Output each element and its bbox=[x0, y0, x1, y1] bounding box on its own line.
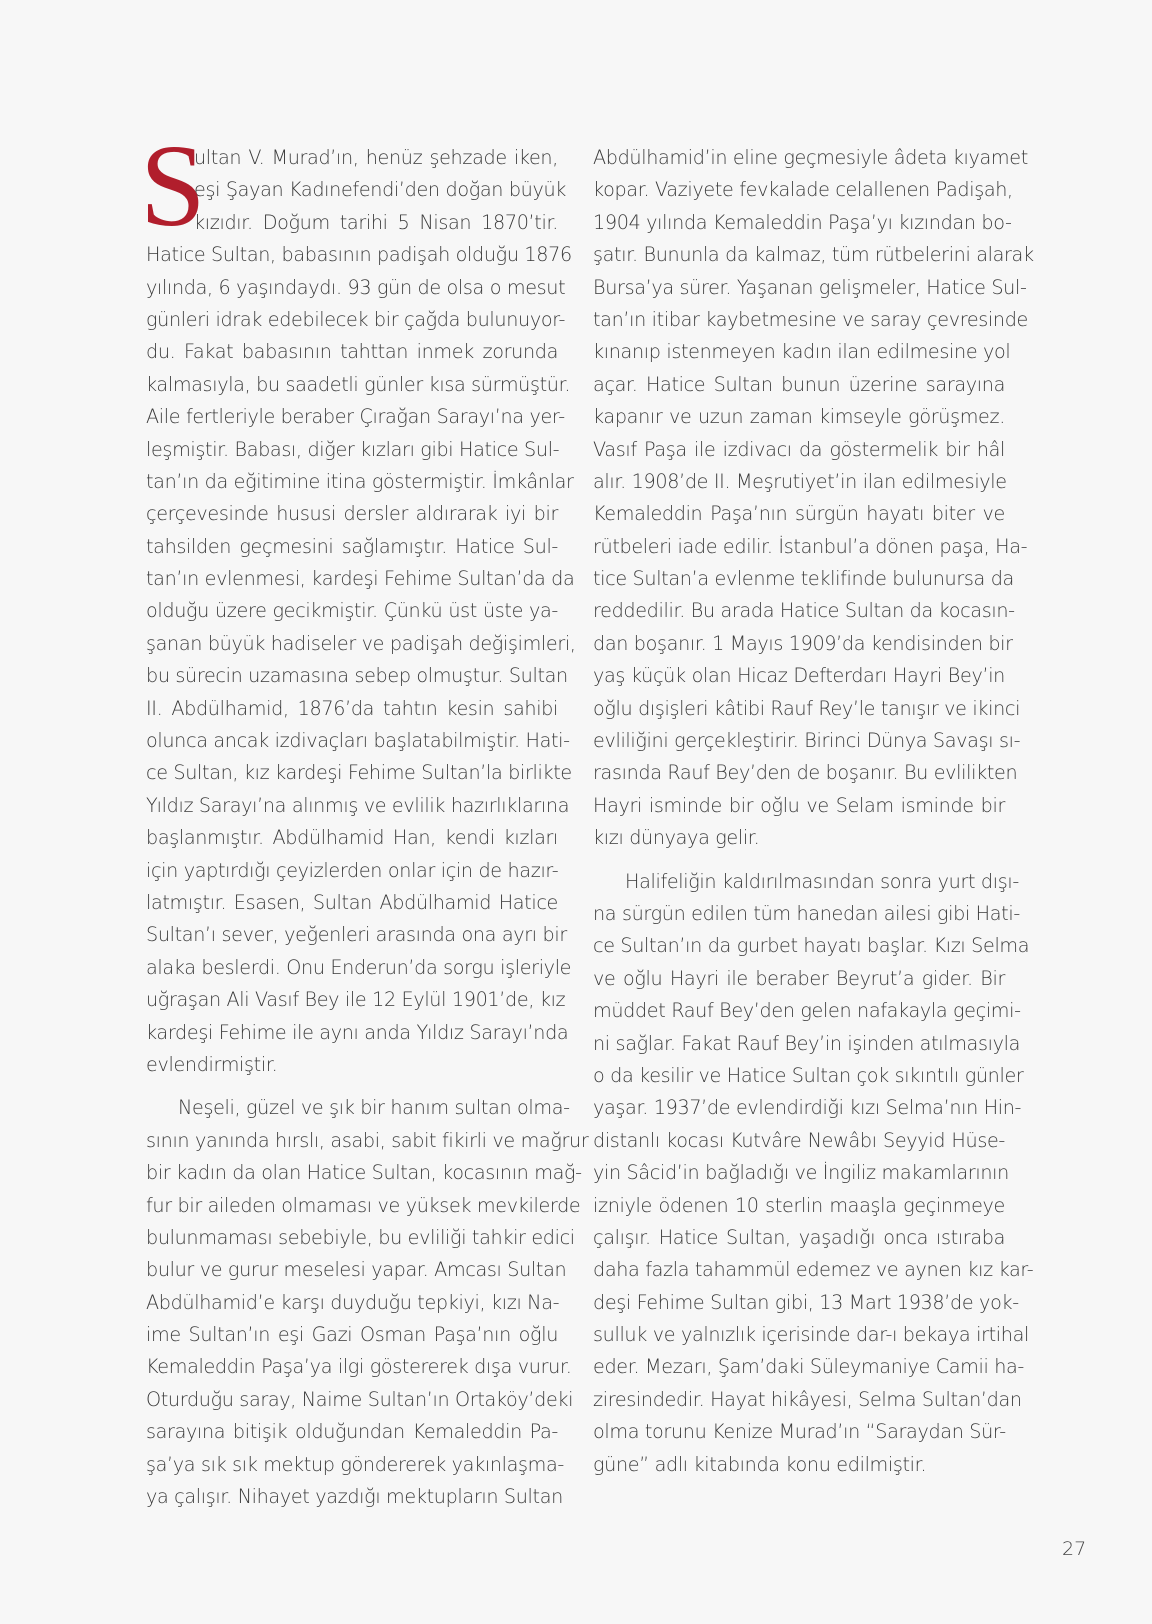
text-line: oğlu dışişleri kâtibi Rauf Rey’le tanışı… bbox=[593, 693, 1005, 725]
text-line: bir kadın da olan Hatice Sultan, kocasın… bbox=[146, 1157, 558, 1189]
paragraph-gap bbox=[593, 855, 1005, 866]
paragraph-4: Halifeliğin kaldırılmasından sonra yurt … bbox=[593, 866, 1005, 1481]
text-line: ziresindedir. Hayat hikâyesi, Selma Sult… bbox=[593, 1384, 1005, 1416]
paragraph-gap bbox=[146, 1081, 558, 1092]
text-line: başlanmıştır. Abdülhamid Han, kendi kızl… bbox=[146, 822, 558, 854]
text-line: du. Fakat babasının tahttan inmek zorund… bbox=[146, 336, 558, 368]
text-line: distanlı kocası Kutvâre Newâbı Seyyid Hü… bbox=[593, 1125, 1005, 1157]
text-line: deşi Fehime Sultan gibi, 13 Mart 1938’de… bbox=[593, 1287, 1005, 1319]
drop-cap-letter: S bbox=[140, 136, 205, 236]
text-line: alır. 1908’de II. Meşrutiyet’in ilan edi… bbox=[593, 466, 1005, 498]
text-line: eder. Mezarı, Şam’daki Süleymaniye Camii… bbox=[593, 1351, 1005, 1383]
page-number: 27 bbox=[1062, 1538, 1086, 1560]
text-line: Aile fertleriyle beraber Çırağan Sarayı’… bbox=[146, 401, 558, 433]
text-line: evlendirmiştir. bbox=[146, 1049, 558, 1081]
text-line: ni sağlar. Fakat Rauf Bey’in işinden atı… bbox=[593, 1028, 1005, 1060]
text-line: tan’ın itibar kaybetmesine ve saray çevr… bbox=[593, 304, 1005, 336]
text-line: Sultan’ı sever, yeğenleri arasında ona a… bbox=[146, 919, 558, 951]
text-line: günleri idrak edebilecek bir çağda bulun… bbox=[146, 304, 558, 336]
text-line: şa’ya sık sık mektup göndererek yakınlaş… bbox=[146, 1449, 558, 1481]
text-line: güne” adlı kitabında konu edilmiştir. bbox=[593, 1449, 1005, 1481]
text-line: Abdülhamid’in eline geçmesiyle âdeta kıy… bbox=[593, 142, 1005, 174]
text-line: reddedilir. Bu arada Hatice Sultan da ko… bbox=[593, 595, 1005, 627]
text-line: yılında, 6 yaşındaydı. 93 gün de olsa o … bbox=[146, 272, 558, 304]
text-line: ya çalışır. Nihayet yazdığı mektupların … bbox=[146, 1481, 558, 1513]
text-line: tice Sultan’a evlenme teklifinde bulunur… bbox=[593, 563, 1005, 595]
text-line: Hayri isminde bir oğlu ve Selam isminde … bbox=[593, 790, 1005, 822]
text-line: şanan büyük hadiseler ve padişah değişim… bbox=[146, 628, 558, 660]
right-column: Abdülhamid’in eline geçmesiyle âdeta kıy… bbox=[593, 142, 1005, 1481]
text-line: Oturduğu saray, Naime Sultan’ın Ortaköy’… bbox=[146, 1384, 558, 1416]
text-line: ultan V. Murad’ın, henüz şehzade iken, bbox=[146, 142, 558, 174]
text-line: daha fazla tahammül edemez ve aynen kız … bbox=[593, 1254, 1005, 1286]
text-line: müddet Rauf Bey’den gelen nafakayla geçi… bbox=[593, 995, 1005, 1027]
text-line: uğraşan Ali Vasıf Bey ile 12 Eylül 1901’… bbox=[146, 984, 558, 1016]
text-line: kızıdır. Doğum tarihi 5 Nisan 1870’tir. bbox=[146, 207, 558, 239]
text-line: yaş küçük olan Hicaz Defterdarı Hayri Be… bbox=[593, 660, 1005, 692]
text-line: 1904 yılında Kemaleddin Paşa’yı kızından… bbox=[593, 207, 1005, 239]
text-line: bulur ve gurur meselesi yapar. Amcası Su… bbox=[146, 1254, 558, 1286]
paragraph-2: Neşeli, güzel ve şık bir hanım sultan ol… bbox=[146, 1092, 558, 1513]
text-line: kızı dünyaya gelir. bbox=[593, 822, 1005, 854]
text-line: na sürgün edilen tüm hanedan ailesi gibi… bbox=[593, 898, 1005, 930]
text-line: yaşar. 1937’de evlendirdiği kızı Selma’n… bbox=[593, 1092, 1005, 1124]
text-line: yin Sâcid’in bağladığı ve İngiliz makaml… bbox=[593, 1157, 1005, 1189]
text-line: tan’ın evlenmesi, kardeşi Fehime Sultan’… bbox=[146, 563, 558, 595]
text-line: Abdülhamid’e karşı duyduğu tepkiyi, kızı… bbox=[146, 1287, 558, 1319]
document-page: S ultan V. Murad’ın, henüz şehzade iken,… bbox=[0, 0, 1152, 1624]
text-line: açar. Hatice Sultan bunun üzerine sarayı… bbox=[593, 369, 1005, 401]
paragraph-3: Abdülhamid’in eline geçmesiyle âdeta kıy… bbox=[593, 142, 1005, 855]
text-line: bulunmaması sebebiyle, bu evliliği tahki… bbox=[146, 1222, 558, 1254]
text-line: ime Sultan’ın eşi Gazi Osman Paşa’nın oğ… bbox=[146, 1319, 558, 1351]
text-line: evliliğini gerçekleştirir. Birinci Dünya… bbox=[593, 725, 1005, 757]
text-line: eşi Şayan Kadınefendi’den doğan büyük bbox=[146, 174, 558, 206]
text-line: Bursa’ya sürer. Yaşanan gelişmeler, Hati… bbox=[593, 272, 1005, 304]
text-line: tahsilden geçmesini sağlamıştır. Hatice … bbox=[146, 531, 558, 563]
text-line: sarayına bitişik olduğundan Kemaleddin P… bbox=[146, 1416, 558, 1448]
text-line: sının yanında hırslı, asabi, sabit fikir… bbox=[146, 1125, 558, 1157]
text-line: çalışır. Hatice Sultan, yaşadığı onca ıs… bbox=[593, 1222, 1005, 1254]
text-line: Vasıf Paşa ile izdivacı da göstermelik b… bbox=[593, 434, 1005, 466]
text-line: kardeşi Fehime ile aynı anda Yıldız Sara… bbox=[146, 1017, 558, 1049]
text-line: Hatice Sultan, babasının padişah olduğu … bbox=[146, 239, 558, 271]
text-line: Neşeli, güzel ve şık bir hanım sultan ol… bbox=[146, 1092, 558, 1124]
text-line: ve oğlu Hayri ile beraber Beyrut’a gider… bbox=[593, 963, 1005, 995]
text-line: çerçevesinde hususi dersler aldırarak iy… bbox=[146, 498, 558, 530]
text-line: ce Sultan, kız kardeşi Fehime Sultan’la … bbox=[146, 757, 558, 789]
text-line: II. Abdülhamid, 1876’da tahtın kesin sah… bbox=[146, 693, 558, 725]
text-line: tan’ın da eğitimine itina göstermiştir. … bbox=[146, 466, 558, 498]
text-line: Kemaleddin Paşa’ya ilgi göstererek dışa … bbox=[146, 1351, 558, 1383]
text-line: kopar. Vaziyete fevkalade celallenen Pad… bbox=[593, 174, 1005, 206]
text-line: rasında Rauf Bey’den de boşanır. Bu evli… bbox=[593, 757, 1005, 789]
left-column: S ultan V. Murad’ın, henüz şehzade iken,… bbox=[146, 142, 558, 1513]
text-line: şatır. Bununla da kalmaz, tüm rütbelerin… bbox=[593, 239, 1005, 271]
text-line: kapanır ve uzun zaman kimseyle görüşmez. bbox=[593, 401, 1005, 433]
text-line: o da kesilir ve Hatice Sultan çok sıkınt… bbox=[593, 1060, 1005, 1092]
text-line: ce Sultan’ın da gurbet hayatı başlar. Kı… bbox=[593, 930, 1005, 962]
text-line: olunca ancak izdivaçları başlatabilmişti… bbox=[146, 725, 558, 757]
text-line: kınanıp istenmeyen kadın ilan edilmesine… bbox=[593, 336, 1005, 368]
text-line: latmıştır. Esasen, Sultan Abdülhamid Hat… bbox=[146, 887, 558, 919]
text-line: izniyle ödenen 10 sterlin maaşla geçinme… bbox=[593, 1190, 1005, 1222]
text-line: sulluk ve yalnızlık içerisinde dar-ı bek… bbox=[593, 1319, 1005, 1351]
text-line: Kemaleddin Paşa’nın sürgün hayatı biter … bbox=[593, 498, 1005, 530]
text-line: leşmiştir. Babası, diğer kızları gibi Ha… bbox=[146, 434, 558, 466]
text-line: dan boşanır. 1 Mayıs 1909’da kendisinden… bbox=[593, 628, 1005, 660]
text-line: olma torunu Kenize Murad’ın “Saraydan Sü… bbox=[593, 1416, 1005, 1448]
text-line: olduğu üzere gecikmiştir. Çünkü üst üste… bbox=[146, 595, 558, 627]
text-line: Yıldız Sarayı’na alınmış ve evlilik hazı… bbox=[146, 790, 558, 822]
text-line: alaka beslerdi. Onu Enderun’da sorgu işl… bbox=[146, 952, 558, 984]
text-line: bu sürecin uzamasına sebep olmuştur. Sul… bbox=[146, 660, 558, 692]
text-line: Halifeliğin kaldırılmasından sonra yurt … bbox=[593, 866, 1005, 898]
text-line: kalmasıyla, bu saadetli günler kısa sürm… bbox=[146, 369, 558, 401]
text-line: rütbeleri iade edilir. İstanbul’a dönen … bbox=[593, 531, 1005, 563]
paragraph-1: S ultan V. Murad’ın, henüz şehzade iken,… bbox=[146, 142, 558, 1081]
text-line: için yaptırdığı çeyizlerden onlar için d… bbox=[146, 855, 558, 887]
text-line: fur bir aileden olmaması ve yüksek mevki… bbox=[146, 1190, 558, 1222]
